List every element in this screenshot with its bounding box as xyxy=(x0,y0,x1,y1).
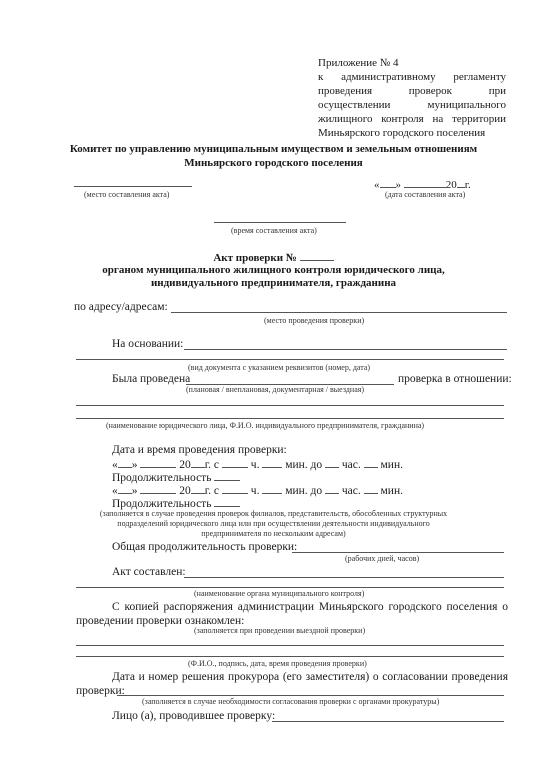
place-field[interactable] xyxy=(74,186,192,187)
compiled-field[interactable] xyxy=(184,577,504,578)
place-caption: (место составления акта) xyxy=(84,190,169,200)
inspector-field[interactable] xyxy=(272,721,504,722)
time-caption: (время составления акта) xyxy=(231,226,317,236)
familiarized-caption: (заполняется при проведении выездной про… xyxy=(194,626,365,636)
compiled-label: Акт составлен: xyxy=(112,565,186,579)
minute-from-blank[interactable] xyxy=(262,457,282,468)
address-label: по адресу/адресам: xyxy=(74,300,168,314)
signature-caption: (Ф.И.О., подпись, дата, время проведения… xyxy=(188,659,367,669)
duration-caption-1: (заполняется в случае проведения проверо… xyxy=(0,509,547,519)
appendix-line: проведения проверок при xyxy=(318,84,506,98)
day-blank[interactable] xyxy=(118,457,132,468)
committee-heading-line2: Миньярского городского поселения xyxy=(0,156,547,170)
basis-label: На основании: xyxy=(112,337,183,351)
duration-blank[interactable] xyxy=(214,496,240,507)
entity-caption: (наименование юридического лица, Ф.И.О. … xyxy=(106,421,424,431)
act-subtitle-line1: органом муниципального жилищного контрол… xyxy=(0,263,547,277)
duration-blank[interactable] xyxy=(214,470,240,481)
duration-caption-3: предпринимателя по нескольким адресам) xyxy=(0,529,547,539)
act-number-blank[interactable] xyxy=(300,250,334,261)
hour-to-blank[interactable] xyxy=(325,457,339,468)
committee-heading-line1: Комитет по управлению муниципальным имущ… xyxy=(0,142,547,156)
conducted-label: Была проведена xyxy=(112,372,190,386)
signature-field-line2[interactable] xyxy=(76,656,504,657)
date-day-blank[interactable] xyxy=(380,177,396,188)
hour-to-blank[interactable] xyxy=(325,483,339,494)
minute-from-blank[interactable] xyxy=(262,483,282,494)
date-year-suffix: г. xyxy=(465,179,471,191)
total-duration-label: Общая продолжительность проверки: xyxy=(112,540,297,554)
entity-field[interactable] xyxy=(76,405,504,406)
time-field[interactable] xyxy=(214,222,346,223)
date-year-blank[interactable] xyxy=(457,177,465,188)
basis-caption: (вид документа с указанием реквизитов (н… xyxy=(188,363,370,373)
familiarized-text-1: С копией распоряжения администрации Минь… xyxy=(112,600,508,614)
year-blank[interactable] xyxy=(191,483,205,494)
compiled-field-line2[interactable] xyxy=(76,587,504,588)
duration-caption-2: подразделений юридического лица или при … xyxy=(0,519,547,529)
appendix-line: Миньярского городского поселения xyxy=(318,126,506,140)
appendix-title: Приложение № 4 xyxy=(318,56,506,70)
inspector-label: Лицо (а), проводившее проверку: xyxy=(112,709,275,723)
prosecutor-text-1: Дата и номер решения прокурора (его заме… xyxy=(112,670,508,684)
month-blank[interactable] xyxy=(140,457,176,468)
total-duration-caption: (рабочих дней, часов) xyxy=(345,554,419,564)
minute-to-blank[interactable] xyxy=(364,457,378,468)
date-caption: (дата составления акта) xyxy=(385,190,465,200)
conducted-caption: (плановая / внеплановая, документарная /… xyxy=(186,385,364,395)
act-subtitle-line2: индивидуального предпринимателя, граждан… xyxy=(0,276,547,290)
month-blank[interactable] xyxy=(140,483,176,494)
total-duration-field[interactable] xyxy=(292,552,504,553)
appendix-line: осуществлении муниципального xyxy=(318,98,506,112)
address-field[interactable] xyxy=(171,312,507,313)
datetime-label: Дата и время проведения проверки: xyxy=(112,443,287,457)
prosecutor-field[interactable] xyxy=(117,695,504,696)
entity-field-line2[interactable] xyxy=(76,418,504,419)
signature-field[interactable] xyxy=(76,645,504,646)
compiled-caption: (наименование органа муниципального конт… xyxy=(194,589,364,599)
hour-from-blank[interactable] xyxy=(222,457,248,468)
appendix-line: жилищного контроля на территории xyxy=(318,112,506,126)
date-month-blank[interactable] xyxy=(404,177,446,188)
prosecutor-caption: (заполняется в случае необходимости согл… xyxy=(142,697,439,707)
minute-to-blank[interactable] xyxy=(364,483,378,494)
appendix-line: к административному регламенту xyxy=(318,70,506,84)
address-caption: (место проведения проверки) xyxy=(264,316,364,326)
basis-field-line2[interactable] xyxy=(76,359,504,360)
conducted-suffix: проверка в отношении: xyxy=(398,372,512,386)
hour-from-blank[interactable] xyxy=(222,483,248,494)
year-blank[interactable] xyxy=(191,457,205,468)
basis-field[interactable] xyxy=(184,349,507,350)
day-blank[interactable] xyxy=(118,483,132,494)
